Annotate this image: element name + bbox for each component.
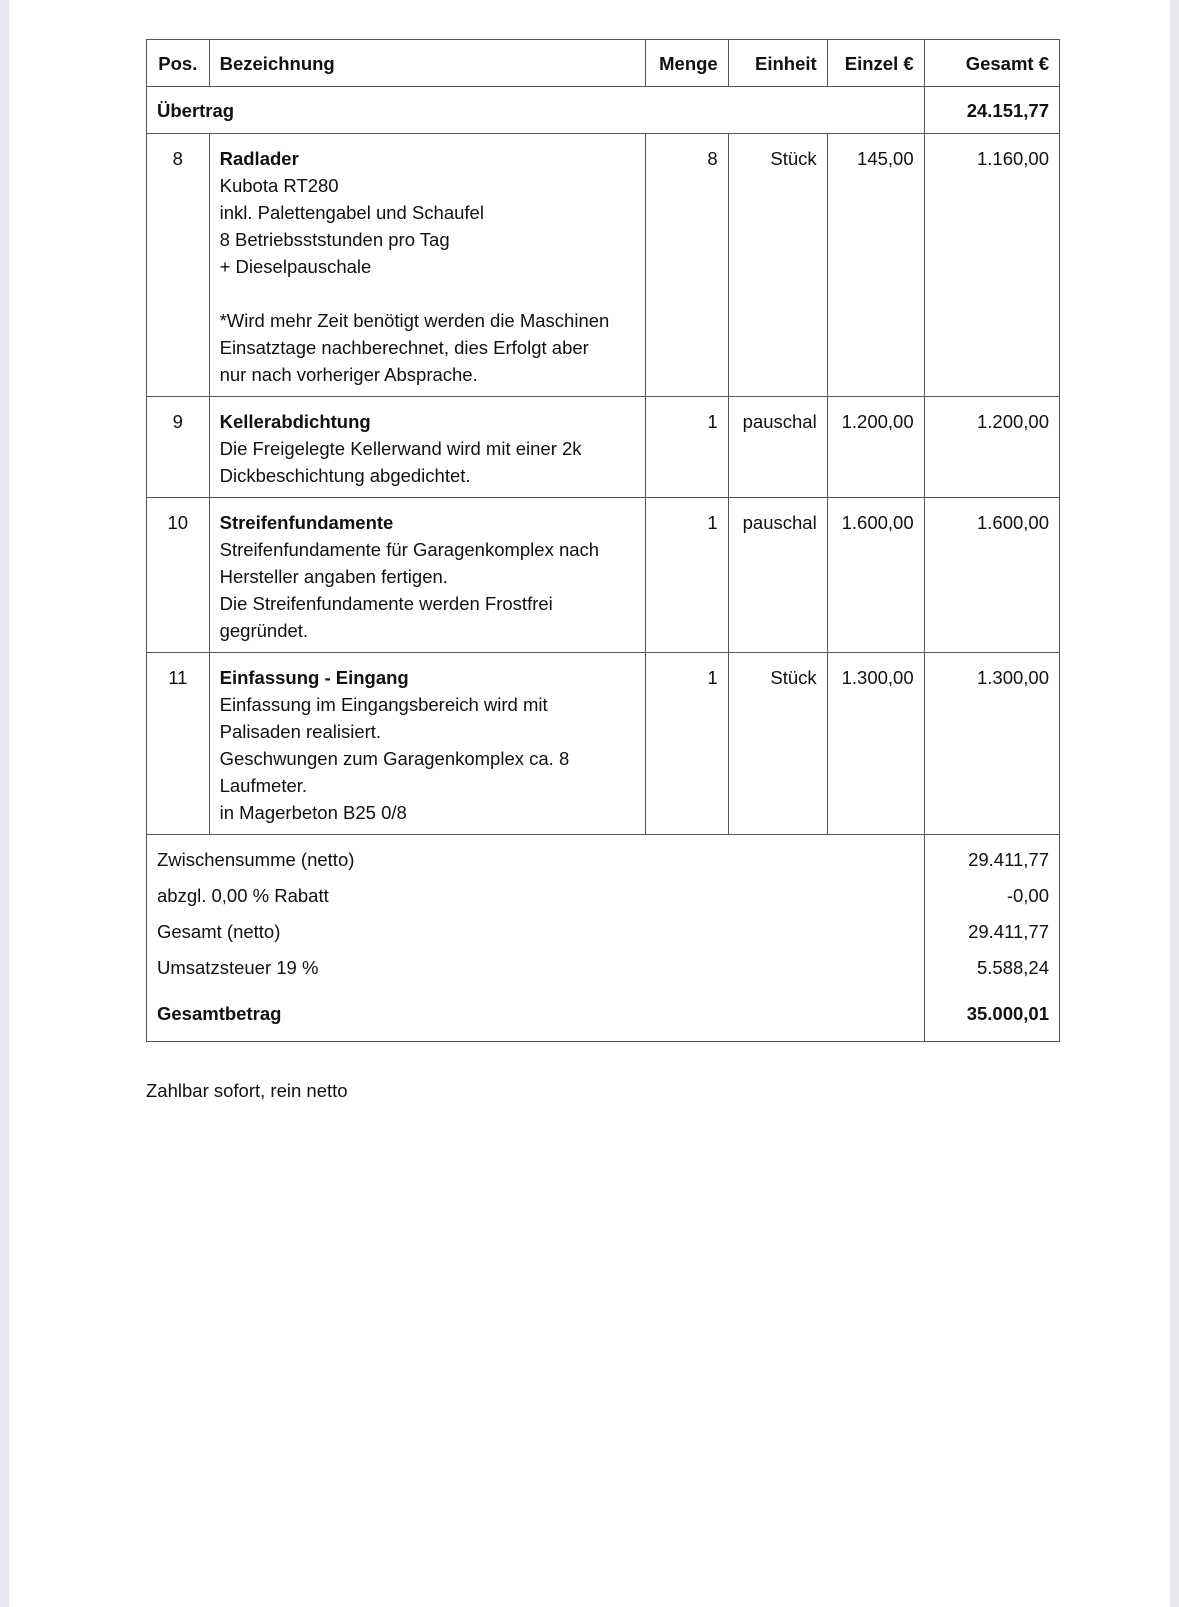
item-description: RadladerKubota RT280inkl. Palettengabel … — [209, 134, 645, 397]
item-unit: Stück — [728, 134, 827, 397]
item-description-line: Die Freigelegte Kellerwand wird mit eine… — [220, 435, 635, 462]
item-description-line: Streifenfundamente für Garagenkomplex na… — [220, 536, 635, 563]
item-title: Kellerabdichtung — [220, 408, 635, 435]
vat-label: Umsatzsteuer 19 % — [147, 949, 925, 985]
item-pos: 9 — [147, 397, 210, 498]
item-description-line: Laufmeter. — [220, 772, 635, 799]
summary-vat-row: Umsatzsteuer 19 % 5.588,24 — [147, 949, 1060, 985]
subtotal-label: Zwischensumme (netto) — [147, 835, 925, 878]
item-description-line: *Wird mehr Zeit benötigt werden die Masc… — [220, 307, 635, 334]
item-description-line: Palisaden realisiert. — [220, 718, 635, 745]
header-total: Gesamt € — [924, 40, 1059, 87]
viewer-right-edge — [1170, 0, 1179, 1607]
header-unit: Einheit — [728, 40, 827, 87]
item-total: 1.600,00 — [924, 498, 1059, 653]
item-pos: 8 — [147, 134, 210, 397]
discount-label: abzgl. 0,00 % Rabatt — [147, 877, 925, 913]
item-description-line: Einfassung im Eingangsbereich wird mit — [220, 691, 635, 718]
item-unit: pauschal — [728, 498, 827, 653]
item-description: Einfassung - EingangEinfassung im Eingan… — [209, 653, 645, 835]
item-title: Streifenfundamente — [220, 509, 635, 536]
grand-total-value: 35.000,01 — [924, 985, 1059, 1042]
item-description-line: Einsatztage nachberechnet, dies Erfolgt … — [220, 334, 635, 361]
item-description-line: Die Streifenfundamente werden Frostfrei — [220, 590, 635, 617]
table-header-row: Pos. Bezeichnung Menge Einheit Einzel € … — [147, 40, 1060, 87]
item-description: KellerabdichtungDie Freigelegte Kellerwa… — [209, 397, 645, 498]
table-row: 8RadladerKubota RT280inkl. Palettengabel… — [147, 134, 1060, 397]
item-total: 1.300,00 — [924, 653, 1059, 835]
item-description-line: Hersteller angaben fertigen. — [220, 563, 635, 590]
table-row: 9KellerabdichtungDie Freigelegte Kellerw… — [147, 397, 1060, 498]
item-description-line: + Dieselpauschale — [220, 253, 635, 280]
discount-value: -0,00 — [924, 877, 1059, 913]
header-description: Bezeichnung — [209, 40, 645, 87]
item-description-line: 8 Betriebsststunden pro Tag — [220, 226, 635, 253]
summary-subtotal-row: Zwischensumme (netto) 29.411,77 — [147, 835, 1060, 878]
carry-over-label: Übertrag — [147, 87, 925, 134]
item-unit-price: 1.300,00 — [827, 653, 924, 835]
item-title: Einfassung - Eingang — [220, 664, 635, 691]
header-quantity: Menge — [645, 40, 728, 87]
summary-grand-total-row: Gesamtbetrag 35.000,01 — [147, 985, 1060, 1042]
net-total-value: 29.411,77 — [924, 913, 1059, 949]
item-total: 1.160,00 — [924, 134, 1059, 397]
net-total-label: Gesamt (netto) — [147, 913, 925, 949]
header-unit-price: Einzel € — [827, 40, 924, 87]
table-row: 10StreifenfundamenteStreifenfundamente f… — [147, 498, 1060, 653]
item-unit: Stück — [728, 653, 827, 835]
summary-net-row: Gesamt (netto) 29.411,77 — [147, 913, 1060, 949]
payment-terms: Zahlbar sofort, rein netto — [146, 1080, 348, 1102]
header-pos: Pos. — [147, 40, 210, 87]
item-pos: 10 — [147, 498, 210, 653]
item-description-line: inkl. Palettengabel und Schaufel — [220, 199, 635, 226]
item-unit-price: 1.200,00 — [827, 397, 924, 498]
item-unit-price: 1.600,00 — [827, 498, 924, 653]
item-unit-price: 145,00 — [827, 134, 924, 397]
item-description-spacer — [220, 280, 635, 307]
vat-value: 5.588,24 — [924, 949, 1059, 985]
item-unit: pauschal — [728, 397, 827, 498]
item-description-line: in Magerbeton B25 0/8 — [220, 799, 635, 826]
item-description: StreifenfundamenteStreifenfundamente für… — [209, 498, 645, 653]
invoice-table: Pos. Bezeichnung Menge Einheit Einzel € … — [146, 39, 1060, 1042]
item-quantity: 1 — [645, 498, 728, 653]
viewer-left-edge — [0, 0, 9, 1607]
carry-over-amount: 24.151,77 — [924, 87, 1059, 134]
item-quantity: 1 — [645, 397, 728, 498]
item-title: Radlader — [220, 145, 635, 172]
carry-over-row: Übertrag 24.151,77 — [147, 87, 1060, 134]
item-description-line: Dickbeschichtung abgedichtet. — [220, 462, 635, 489]
table-row: 11Einfassung - EingangEinfassung im Eing… — [147, 653, 1060, 835]
item-total: 1.200,00 — [924, 397, 1059, 498]
grand-total-label: Gesamtbetrag — [147, 985, 925, 1042]
item-description-line: nur nach vorheriger Absprache. — [220, 361, 635, 388]
item-description-line: Geschwungen zum Garagenkomplex ca. 8 — [220, 745, 635, 772]
item-quantity: 1 — [645, 653, 728, 835]
item-description-line: Kubota RT280 — [220, 172, 635, 199]
summary-discount-row: abzgl. 0,00 % Rabatt -0,00 — [147, 877, 1060, 913]
subtotal-value: 29.411,77 — [924, 835, 1059, 878]
item-pos: 11 — [147, 653, 210, 835]
item-quantity: 8 — [645, 134, 728, 397]
item-description-line: gegründet. — [220, 617, 635, 644]
